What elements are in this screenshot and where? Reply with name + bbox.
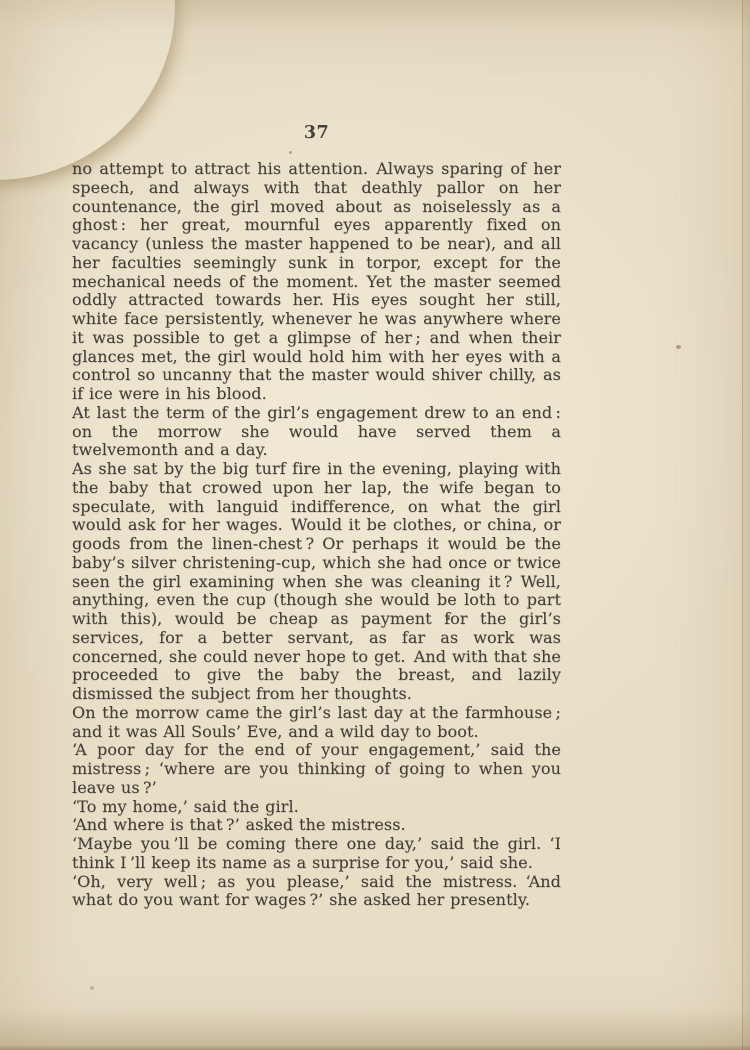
page-corner-crease: [0, 0, 175, 180]
paper-speck: [676, 345, 681, 349]
page-right-edge: [742, 0, 750, 1050]
page-number: 37: [72, 123, 561, 143]
paragraph-6: ‘To my home,’ said the girl.: [72, 798, 561, 817]
paragraph-5: ‘A poor day for the end of your engageme…: [72, 741, 561, 797]
paper-speck: [447, 617, 450, 620]
page-bottom-edge: [0, 1045, 750, 1050]
paragraph-1: no attempt to attract his attention. Alw…: [72, 160, 561, 404]
scanned-book-page: 37 no attempt to attract his attention. …: [0, 0, 750, 1050]
paragraph-2: At last the term of the girl’s engagemen…: [72, 404, 561, 460]
body-text: no attempt to attract his attention. Alw…: [72, 160, 561, 910]
paragraph-3: As she sat by the big turf fire in the e…: [72, 460, 561, 704]
paragraph-7: ‘And where is that ?’ asked the mistress…: [72, 816, 561, 835]
paragraph-9: ‘Oh, very well ; as you please,’ said th…: [72, 873, 561, 911]
paragraph-4: On the morrow came the girl’s last day a…: [72, 704, 561, 742]
paragraph-8: ‘Maybe you ’ll be coming there one day,’…: [72, 835, 561, 873]
paper-speck: [90, 986, 94, 990]
paper-speck: [289, 151, 292, 154]
